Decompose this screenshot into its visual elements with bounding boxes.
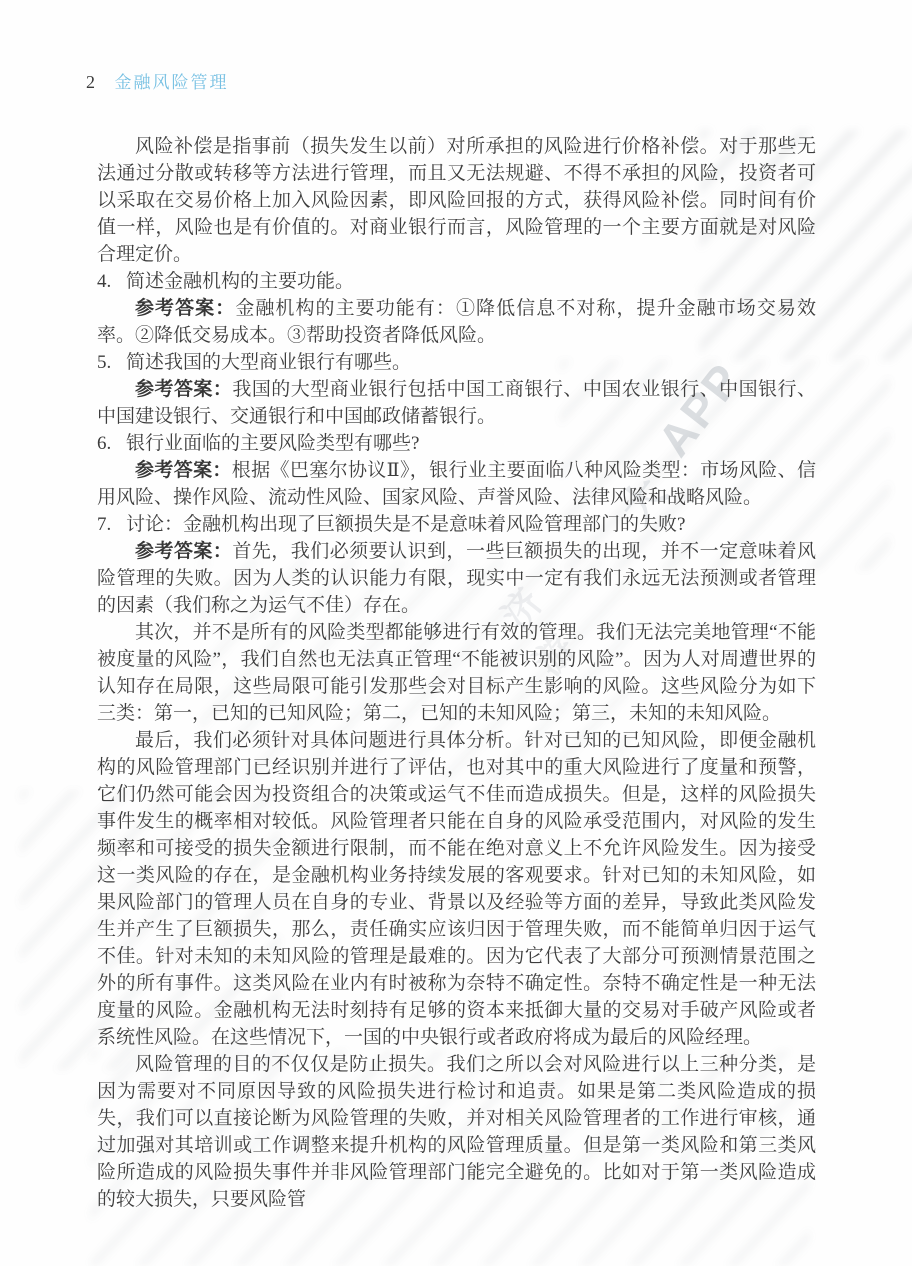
question-number: 4. <box>97 268 126 295</box>
question-item-5: 5.简述我国的大型商业银行有哪些。 <box>97 349 816 376</box>
page-number: 2 <box>86 72 96 92</box>
answer-paragraph: 最后，我们必须针对具体问题进行具体分析。针对已知的已知风险，即便金融机构的风险管… <box>97 727 816 1051</box>
answer-label: 参考答案： <box>135 541 232 562</box>
page-content: 风险补偿是指事前（损失发生以前）对所承担的风险进行价格补偿。对于那些无法通过分散… <box>97 133 816 1213</box>
question-text: 讨论：金融机构出现了巨额损失是不是意味着风险管理部门的失败? <box>126 514 685 535</box>
question-item-4: 4.简述金融机构的主要功能。 <box>97 268 816 295</box>
answer-paragraph: 参考答案：我国的大型商业银行包括中国工商银行、中国农业银行、中国银行、中国建设银… <box>97 376 816 430</box>
answer-paragraph: 参考答案：根据《巴塞尔协议Ⅱ》，银行业主要面临八种风险类型：市场风险、信用风险、… <box>97 457 816 511</box>
answer-paragraph: 参考答案：金融机构的主要功能有：①降低信息不对称，提升金融市场交易效率。②降低交… <box>97 295 816 349</box>
question-item-7: 7.讨论：金融机构出现了巨额损失是不是意味着风险管理部门的失败? <box>97 511 816 538</box>
question-item-6: 6.银行业面临的主要风险类型有哪些? <box>97 430 816 457</box>
answer-paragraph: 参考答案：首先，我们必须要认识到，一些巨额损失的出现，并不一定意味着风险管理的失… <box>97 538 816 619</box>
question-number: 5. <box>97 349 126 376</box>
answer-paragraph: 风险管理的目的不仅仅是防止损失。我们之所以会对风险进行以上三种分类，是因为需要对… <box>97 1051 816 1213</box>
question-number: 6. <box>97 430 126 457</box>
answer-paragraph: 其次，并不是所有的风险类型都能够进行有效的管理。我们无法完美地管理“不能被度量的… <box>97 619 816 727</box>
document-page: APP 大 济 游 2金融风险管理 风险补偿是指事前（损失发生以前）对所承担的风… <box>0 0 912 1266</box>
answer-label: 参考答案： <box>135 460 232 481</box>
page-header: 2金融风险管理 <box>86 68 229 93</box>
question-number: 7. <box>97 511 126 538</box>
answer-label: 参考答案： <box>135 298 235 319</box>
intro-paragraph: 风险补偿是指事前（损失发生以前）对所承担的风险进行价格补偿。对于那些无法通过分散… <box>97 133 816 268</box>
question-text: 简述金融机构的主要功能。 <box>126 271 354 292</box>
question-text: 简述我国的大型商业银行有哪些。 <box>126 352 411 373</box>
answer-label: 参考答案： <box>135 379 232 400</box>
question-text: 银行业面临的主要风险类型有哪些? <box>126 433 419 454</box>
book-title: 金融风险管理 <box>115 73 229 92</box>
